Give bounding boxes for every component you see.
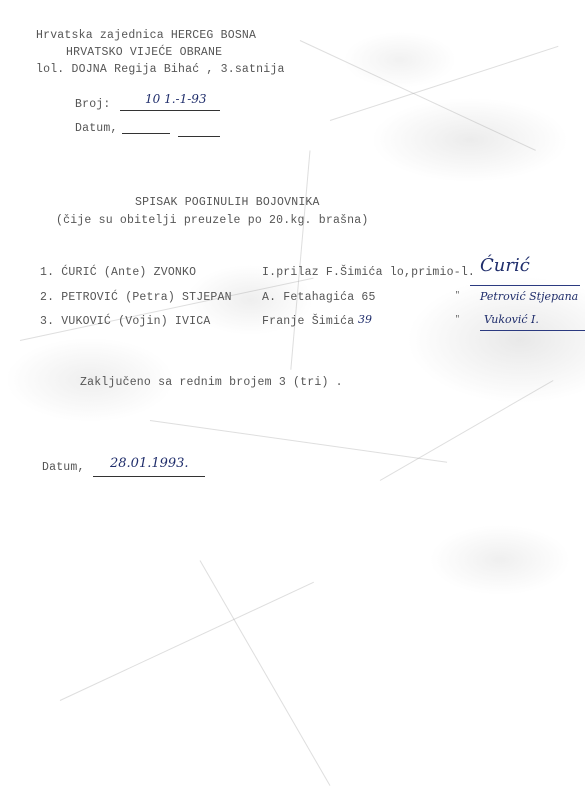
datum-underline-a bbox=[122, 133, 170, 134]
paper-crease bbox=[300, 40, 536, 151]
entry-name-3: 3. VUKOVIĆ (Vojin) IVICA bbox=[40, 315, 210, 328]
header-organization: Hrvatska zajednica HERCEG BOSNA bbox=[36, 29, 256, 42]
broj-value: 10 1.-1-93 bbox=[145, 92, 207, 106]
entry-signature-3: Vuković I. bbox=[484, 313, 539, 326]
paper-crease bbox=[20, 278, 314, 341]
entry-signature-2: Petrović Stjepana bbox=[480, 290, 578, 303]
entry-ditto-2: " bbox=[455, 291, 460, 300]
document-title: SPISAK POGINULIH BOJOVNIKA bbox=[135, 196, 320, 209]
paper-crease bbox=[330, 46, 559, 121]
closing-statement: Zaključeno sa rednim brojem 3 (tri) . bbox=[80, 376, 343, 389]
entry-address-3: Franje Šimića bbox=[262, 315, 354, 328]
broj-underline bbox=[120, 110, 220, 111]
entry-address-number-3: 39 bbox=[358, 313, 372, 326]
paper-crease bbox=[200, 560, 331, 786]
signature-line-3 bbox=[480, 330, 585, 331]
paper-crease bbox=[60, 582, 314, 701]
entry-address-2: A. Fetahagića 65 bbox=[262, 291, 376, 304]
entry-address-1: I.prilaz F.Šimića lo,primio-l. bbox=[262, 266, 475, 279]
document-page bbox=[0, 0, 585, 800]
header-unit: HRVATSKO VIJEĆE OBRANE bbox=[66, 46, 222, 59]
entry-name-1: 1. ĆURIĆ (Ante) ZVONKO bbox=[40, 266, 196, 279]
paper-crease bbox=[290, 150, 310, 369]
document-subtitle: (čije su obitelji preuzele po 20.kg. bra… bbox=[56, 214, 368, 227]
entry-signature-1: Ćurić bbox=[480, 255, 530, 276]
footer-datum-label: Datum, bbox=[42, 461, 85, 474]
paper-crease bbox=[380, 380, 554, 481]
entry-name-2: 2. PETROVIĆ (Petra) STJEPAN bbox=[40, 291, 232, 304]
broj-label: Broj: bbox=[75, 98, 111, 111]
paper-crease bbox=[150, 420, 447, 463]
entry-ditto-3: " bbox=[455, 315, 460, 324]
datum-label-top: Datum, bbox=[75, 122, 118, 135]
datum-underline-b bbox=[178, 136, 220, 137]
header-subunit: lol. DOJNA Regija Bihać , 3.satnija bbox=[36, 63, 285, 76]
footer-datum-value: 28.01.1993. bbox=[110, 456, 189, 471]
footer-datum-underline bbox=[93, 476, 205, 477]
signature-line-1 bbox=[470, 285, 580, 286]
